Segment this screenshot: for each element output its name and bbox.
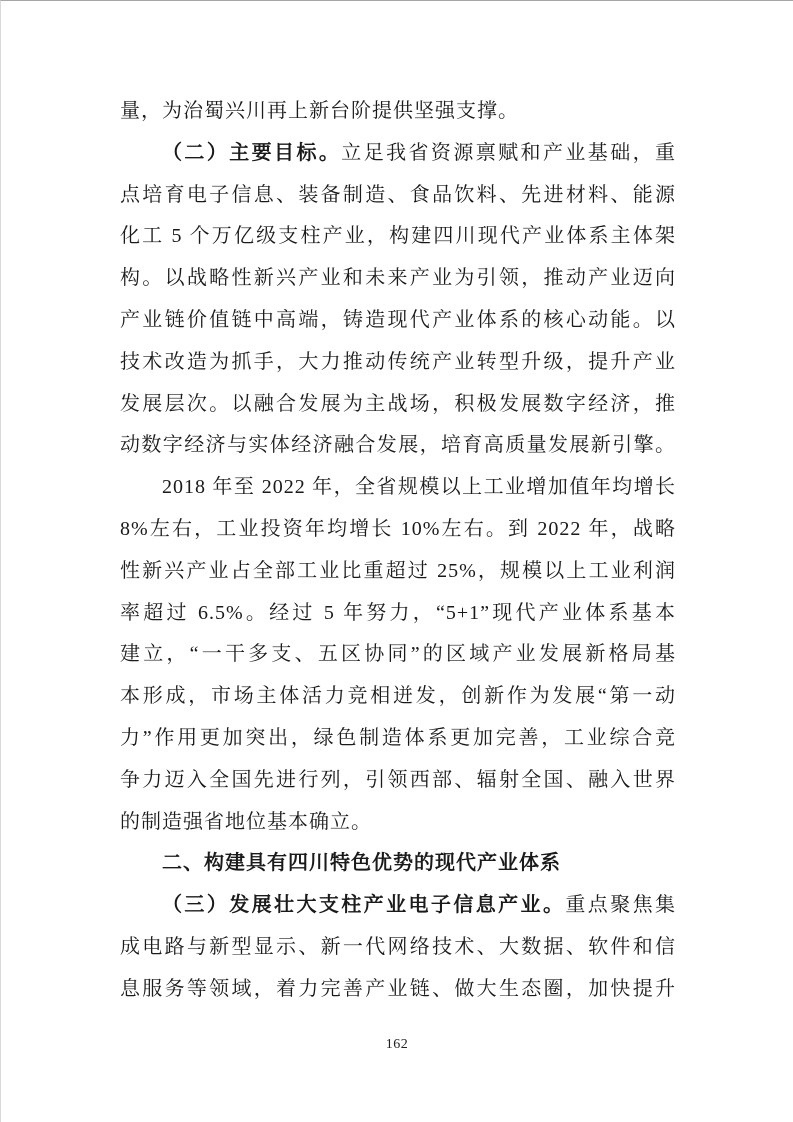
text-run: 8%左右，工业投资年均增长 10%左右。到 2022 年，战略 <box>120 518 676 540</box>
text-line: 息服务等领域，着力完善产业链、做大生态圈，加快提升 <box>120 969 676 1011</box>
text-run: 产业链价值链中高端，铸造现代产业体系的核心动能。以 <box>120 309 676 331</box>
text-run: 成电路与新型显示、新一代网络技术、大数据、软件和信 <box>120 936 676 958</box>
paragraph-lead-line: （二）主要目标。立足我省资源禀赋和产业基础，重 <box>120 133 676 175</box>
text-run: 重点聚焦集 <box>565 894 676 916</box>
section-heading: 二、构建具有四川特色优势的现代产业体系 <box>120 843 676 885</box>
text-run: 息服务等领域，着力完善产业链、做大生态圈，加快提升 <box>120 978 676 1000</box>
text-run: 力”作用更加突出，绿色制造体系更加完善，工业综合竞 <box>120 727 676 749</box>
page-number: 162 <box>1 1037 793 1053</box>
subsection-title-run: （二）主要目标。 <box>162 142 341 164</box>
text-run: 量，为治蜀兴川再上新台阶提供坚强支撑。 <box>120 100 519 122</box>
text-line: 性新兴产业占全部工业比重超过 25%，规模以上工业利润 <box>120 551 676 593</box>
text-line: 化工 5 个万亿级支柱产业，构建四川现代产业体系主体架 <box>120 216 676 258</box>
text-line: 力”作用更加突出，绿色制造体系更加完善，工业综合竞 <box>120 718 676 760</box>
text-line: 本形成，市场主体活力竞相迸发，创新作为发展“第一动 <box>120 676 676 718</box>
text-run: 本形成，市场主体活力竞相迸发，创新作为发展“第一动 <box>120 685 676 707</box>
text-line: 技术改造为抓手，大力推动传统产业转型升级，提升产业 <box>120 342 676 384</box>
text-run: 点培育电子信息、装备制造、食品饮料、先进材料、能源 <box>120 184 676 206</box>
text-line: 点培育电子信息、装备制造、食品饮料、先进材料、能源 <box>120 175 676 217</box>
text-line: 量，为治蜀兴川再上新台阶提供坚强支撑。 <box>120 91 676 133</box>
text-line: 动数字经济与实体经济融合发展，培育高质量发展新引擎。 <box>120 425 676 467</box>
text-run: 建立，“一干多支、五区协同”的区域产业发展新格局基 <box>120 643 676 665</box>
text-run: 性新兴产业占全部工业比重超过 25%，规模以上工业利润 <box>120 560 676 582</box>
text-run: 率超过 6.5%。经过 5 年努力，“5+1”现代产业体系基本 <box>120 602 676 624</box>
text-run: 技术改造为抓手，大力推动传统产业转型升级，提升产业 <box>120 351 676 373</box>
text-line: 争力迈入全国先进行列，引领西部、辐射全国、融入世界 <box>120 760 676 802</box>
text-run: 构。以战略性新兴产业和未来产业为引领，推动产业迈向 <box>120 267 676 289</box>
paragraph-lead-line: （三）发展壮大支柱产业电子信息产业。重点聚焦集 <box>120 885 676 927</box>
text-run: 立足我省资源禀赋和产业基础，重 <box>341 142 676 164</box>
text-line: 8%左右，工业投资年均增长 10%左右。到 2022 年，战略 <box>120 509 676 551</box>
text-line: 成电路与新型显示、新一代网络技术、大数据、软件和信 <box>120 927 676 969</box>
text-run: 动数字经济与实体经济融合发展，培育高质量发展新引擎。 <box>120 434 676 456</box>
text-line: 的制造强省地位基本确立。 <box>120 802 676 844</box>
text-line: 构。以战略性新兴产业和未来产业为引领，推动产业迈向 <box>120 258 676 300</box>
text-line: 发展层次。以融合发展为主战场，积极发展数字经济，推 <box>120 384 676 426</box>
text-run: 的制造强省地位基本确立。 <box>120 811 372 833</box>
subsection-title-run: （三）发展壮大支柱产业电子信息产业。 <box>162 894 565 916</box>
section-heading-run: 二、构建具有四川特色优势的现代产业体系 <box>162 852 561 874</box>
text-run: 2018 年至 2022 年，全省规模以上工业增加值年均增长 <box>162 476 676 498</box>
text-block: 量，为治蜀兴川再上新台阶提供坚强支撑。 （二）主要目标。立足我省资源禀赋和产业基… <box>120 91 676 1011</box>
document-page: 量，为治蜀兴川再上新台阶提供坚强支撑。 （二）主要目标。立足我省资源禀赋和产业基… <box>0 0 793 1122</box>
text-run: 化工 5 个万亿级支柱产业，构建四川现代产业体系主体架 <box>120 225 676 247</box>
text-run: 发展层次。以融合发展为主战场，积极发展数字经济，推 <box>120 393 676 415</box>
text-run: 争力迈入全国先进行列，引领西部、辐射全国、融入世界 <box>120 769 676 791</box>
paragraph-lead-line: 2018 年至 2022 年，全省规模以上工业增加值年均增长 <box>120 467 676 509</box>
text-line: 率超过 6.5%。经过 5 年努力，“5+1”现代产业体系基本 <box>120 593 676 635</box>
text-line: 建立，“一干多支、五区协同”的区域产业发展新格局基 <box>120 634 676 676</box>
text-line: 产业链价值链中高端，铸造现代产业体系的核心动能。以 <box>120 300 676 342</box>
